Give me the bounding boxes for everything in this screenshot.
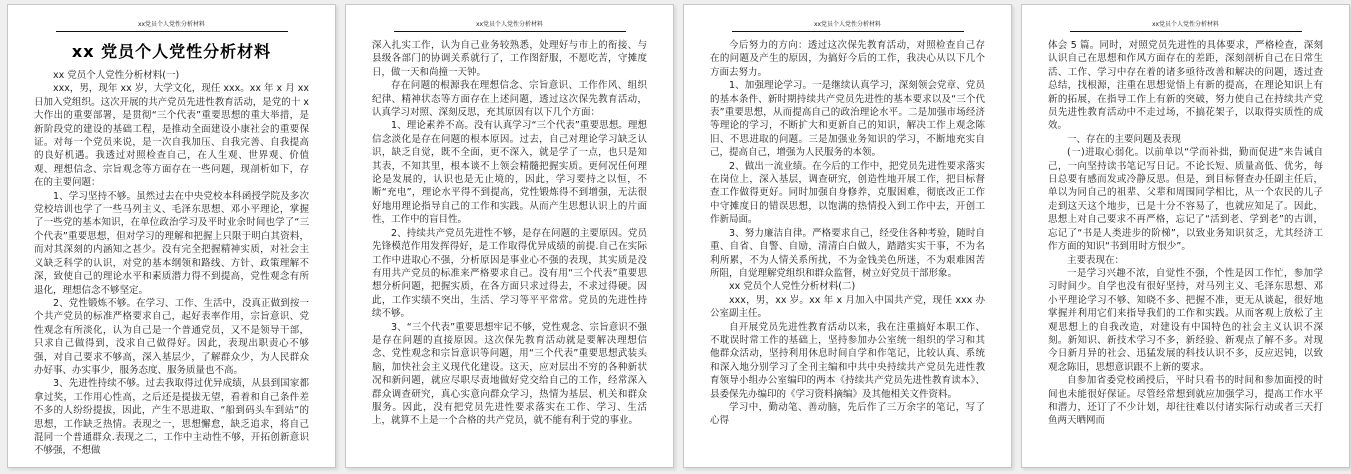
paragraph: 3、先进性持续不够。过去我取得过优异成绩，从县到国家都拿过奖，工作用心性高，之后… <box>34 377 309 457</box>
page-body: xx 党员个人党性分析材料(一)xxx，男，现年 xx 岁，大学文化，现任 xx… <box>34 69 309 458</box>
paragraph: 3、努力廉洁自律。严格要求自己，经受住各种考验，随时自重、自省、自警、自励，清清… <box>710 227 985 281</box>
paragraph: 主要表现在： <box>1048 254 1323 267</box>
page-header: xx党员个人党性分析材料 <box>56 17 288 32</box>
paragraph: 学习中，勤动笔、善动脑，先后作了三万余字的笔记，写了心得 <box>710 401 985 428</box>
paragraph: 3、“三个代表”重要思想牢记不够，党性观念、宗旨意识不强是存在问题的直接原因。这… <box>372 321 647 428</box>
page-header-title: xx党员个人党性分析材料 <box>814 21 881 28</box>
paragraph: 今后努力的方向：透过这次保先教育活动，对照检查自己存在的问题及产生的原因，为搞好… <box>710 39 985 79</box>
page-body: 深入扎实工作，认为自己业务较熟悉，处理好与市上的衔接、与县级各部门的协调关系就行… <box>372 39 647 428</box>
page-body: 体会 5 篇。同时，对照党员先进性的具体要求，严格检查，深刻认识自己在思想和作风… <box>1048 39 1323 428</box>
paragraph: 自参加省委党校函授后，平时只看书的时间和参加面授的时间也未能很好保证。尽管经常想… <box>1048 374 1323 428</box>
paragraph: xxx，男，现年 xx 岁，大学文化，现任 xxx。xx 年 x 月 xx 日加… <box>34 82 309 189</box>
paragraph: xxx，男，xx 岁。xx 年 x 月加入中国共产党，现任 xxx 办公室副主任… <box>710 294 985 321</box>
paragraph: 1、学习坚持不够。虽然过去在中央党校本科函授学院及多次党校培训也学了一些马列主义… <box>34 190 309 297</box>
paragraph: 1、加强理论学习。一是继续认真学习，深刻领会党章、党员的基本条件、新时期持续共产… <box>710 79 985 159</box>
page-header: xx党员个人党性分析材料 <box>1070 17 1302 32</box>
paragraph: 2、做出一流业绩。在今后的工作中，把党员先进性要求落实在岗位上，深入基层，调查研… <box>710 160 985 227</box>
page-header-title: xx党员个人党性分析材料 <box>1152 21 1219 28</box>
document-page-4: xx党员个人党性分析材料 体会 5 篇。同时，对照党员先进性的具体要求，严格检查… <box>1021 4 1350 468</box>
paragraph: 2、党性锻炼不够。在学习、工作、生活中，没真正做到按一个共产党员的标准严格要求自… <box>34 297 309 377</box>
page-body: 今后努力的方向：透过这次保先教育活动，对照检查自己存在的问题及产生的原因，为搞好… <box>710 39 985 428</box>
page-header-title: xx党员个人党性分析材料 <box>476 21 543 28</box>
paragraph: xx 党员个人党性分析材料(二) <box>710 280 985 293</box>
page-header-title: xx党员个人党性分析材料 <box>138 21 205 28</box>
document-title: xx 党员个人党性分析材料 <box>34 39 309 62</box>
paragraph: 一是学习兴趣不浓，自觉性不强，个性是因工作忙，参加学习时间少。自学也没有很好坚持… <box>1048 267 1323 374</box>
paragraph: (一)进取心弱化。以前单以“学而补拙，勤而促进”来告诫自己，一向坚持读书笔记写日… <box>1048 146 1323 253</box>
paragraph: 深入扎实工作，认为自己业务较熟悉，处理好与市上的衔接、与县级各部门的协调关系就行… <box>372 39 647 79</box>
document-page-1: xx党员个人党性分析材料 xx 党员个人党性分析材料 xx 党员个人党性分析材料… <box>7 4 336 468</box>
paragraph: 2、持续共产党员先进性不够，是存在问题的主要原因。党员先锋模范作用发挥得好，是工… <box>372 227 647 321</box>
paragraph: 存在问题的根源我在理想信念、宗旨意识、工作作风、组织纪律、精神状态等方面存在上述… <box>372 79 647 119</box>
page-header: xx党员个人党性分析材料 <box>732 17 964 32</box>
page-header: xx党员个人党性分析材料 <box>394 17 626 32</box>
paragraph: xx 党员个人党性分析材料(一) <box>34 69 309 82</box>
document-page-3: xx党员个人党性分析材料 今后努力的方向：透过这次保先教育活动，对照检查自己存在… <box>683 4 1012 468</box>
document-page-2: xx党员个人党性分析材料 深入扎实工作，认为自己业务较熟悉，处理好与市上的衔接、… <box>345 4 674 468</box>
paragraph: 体会 5 篇。同时，对照党员先进性的具体要求，严格检查，深刻认识自己在思想和作风… <box>1048 39 1323 133</box>
paragraph: 一、存在的主要问题及表现 <box>1048 133 1323 146</box>
paragraph: 1、理论素养不高。没有认真学习“三个代表”重要思想。理想信念淡化是存在问题的根本… <box>372 119 647 226</box>
document-canvas: xx党员个人党性分析材料 xx 党员个人党性分析材料 xx 党员个人党性分析材料… <box>0 0 1351 472</box>
paragraph: 自开展党员先进性教育活动以来，我在注重搞好本职工作、不耽误时常工作的基础上，坚持… <box>710 321 985 401</box>
